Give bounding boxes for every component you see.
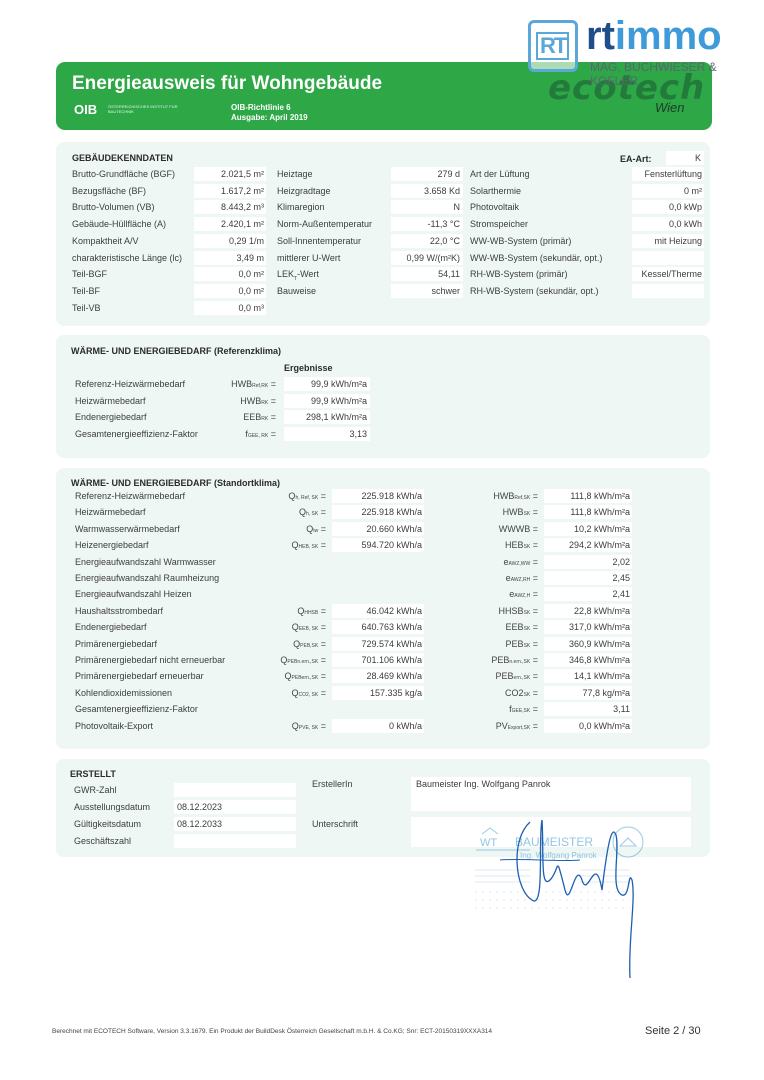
result-label: Energieaufwandszahl Raumheizung <box>75 573 219 583</box>
result-value: 99,9 kWh/m²a <box>284 396 367 406</box>
specific-symbol: PEBSK = <box>456 639 538 649</box>
section-standortklima: WÄRME- UND ENERGIEBEDARF (Standortklima)… <box>56 468 710 749</box>
ersteller-value: Baumeister Ing. Wolfgang Panrok <box>416 779 550 789</box>
footer-text: Berechnet mit ECOTECH Software, Version … <box>52 1028 492 1035</box>
property-value: 0,0 kWh <box>616 219 702 229</box>
ersteller-label: ErstellerIn <box>312 779 353 789</box>
specific-symbol: WWWB = <box>456 524 538 534</box>
q-symbol: QHHSB = <box>246 606 326 616</box>
result-label: Energieaufwandszahl Warmwasser <box>75 557 216 567</box>
document-title: Energieausweis für Wohngebäude <box>72 73 382 95</box>
property-label: Teil-BF <box>72 286 100 296</box>
brand-name-part2: immo <box>615 14 722 58</box>
q-symbol: QPVE, SK = <box>246 721 326 731</box>
property-value: 54,11 <box>376 269 460 279</box>
result-label: Haushaltsstrombedarf <box>75 606 163 616</box>
erstellt-label: Ausstellungsdatum <box>74 802 150 812</box>
specific-symbol: PEBern.,SK = <box>456 671 538 681</box>
brand-name-part1: rt <box>586 14 615 58</box>
erstellt-value: 08.12.2023 <box>177 802 222 812</box>
specific-symbol: PEBn.ern.,SK = <box>456 655 538 665</box>
section-title: WÄRME- UND ENERGIEBEDARF (Referenzklima) <box>71 346 281 356</box>
erstellt-value: 08.12.2033 <box>177 819 222 829</box>
q-symbol: QPEBn.ern.,SK = <box>246 655 326 665</box>
specific-value: 317,0 kWh/m²a <box>544 622 630 632</box>
result-value: 3,13 <box>284 429 367 439</box>
rtimmo-logo: RT rtimmo MAG. BUCHWIESER & KOFLER <box>528 20 758 120</box>
value-cell <box>174 834 296 848</box>
specific-value: 22,8 kWh/m²a <box>544 606 630 616</box>
property-value: 2.021,5 m² <box>194 169 264 179</box>
specific-value: 2,45 <box>544 573 630 583</box>
result-label: Kohlendioxidemissionen <box>75 688 172 698</box>
property-label: Art der Lüftung <box>470 169 530 179</box>
property-value: 0 m² <box>616 186 702 196</box>
property-label: Kompaktheit A/V <box>72 236 139 246</box>
section-title: GEBÄUDEKENNDATEN <box>72 153 173 163</box>
q-symbol: QPEB,SK = <box>246 639 326 649</box>
specific-value: 360,9 kWh/m²a <box>544 639 630 649</box>
q-symbol: Qtw = <box>246 524 326 534</box>
signature-stamp: WT BAUMEISTER Ing. Wolfgang Panrok <box>470 820 670 980</box>
q-value: 46.042 kWh/a <box>332 606 422 616</box>
result-label: Photovoltaik-Export <box>75 721 153 731</box>
erstellt-label: GWR-Zahl <box>74 785 117 795</box>
specific-value: 3,11 <box>544 704 630 714</box>
property-label: Bezugsfläche (BF) <box>72 186 146 196</box>
property-value: Kessel/Therme <box>616 269 702 279</box>
property-label: Solarthermie <box>470 186 521 196</box>
result-label: Referenz-Heizwärmebedarf <box>75 491 185 501</box>
property-value: 22,0 °C <box>376 236 460 246</box>
q-symbol: QEEB, SK = <box>246 622 326 632</box>
q-symbol: QCO2, SK = <box>246 688 326 698</box>
property-value: 0,0 m³ <box>194 303 264 313</box>
property-label: Teil-VB <box>72 303 101 313</box>
value-cell <box>174 783 296 797</box>
rt-logo-icon: RT <box>528 20 578 72</box>
logo-letters: RT <box>536 32 569 60</box>
specific-symbol: HWBRef,SK = <box>456 491 538 501</box>
result-symbol: EEBRK = <box>206 412 276 422</box>
oib-subtitle: ÖSTERREICHISCHES INSTITUT FÜR BAUTECHNIK <box>108 104 188 114</box>
specific-symbol: CO2SK = <box>456 688 538 698</box>
specific-value: 2,02 <box>544 557 630 567</box>
result-symbol: HWBRK = <box>206 396 276 406</box>
property-value: 3,49 m <box>194 253 264 263</box>
property-label: RH-WB-System (primär) <box>470 269 568 279</box>
result-label: Referenz-Heizwärmebedarf <box>75 379 185 389</box>
brand-subtitle: MAG. BUCHWIESER & KOFLER <box>590 60 758 88</box>
result-label: Gesamtenergieeffizienz-Faktor <box>75 704 198 714</box>
property-label: WW-WB-System (sekundär, opt.) <box>470 253 602 263</box>
q-value: 157.335 kg/a <box>332 688 422 698</box>
property-label: Bauweise <box>277 286 316 296</box>
richtlinie-info: OIB-Richtlinie 6 Ausgabe: April 2019 <box>231 103 308 123</box>
specific-value: 111,8 kWh/m²a <box>544 507 630 517</box>
result-label: Warmwasserwärmebedarf <box>75 524 180 534</box>
erstellt-label: Gültigkeitsdatum <box>74 819 141 829</box>
result-label: Heizwärmebedarf <box>75 396 146 406</box>
result-label: Endenergiebedarf <box>75 412 147 422</box>
property-value: Fensterlüftung <box>616 169 702 179</box>
result-label: Energieaufwandszahl Heizen <box>75 589 192 599</box>
brand-name: rtimmo <box>586 14 722 59</box>
property-label: Photovoltaik <box>470 202 519 212</box>
property-label: Brutto-Volumen (VB) <box>72 202 155 212</box>
oib-logo: OIB <box>74 102 97 117</box>
section-referenzklima: WÄRME- UND ENERGIEBEDARF (Referenzklima)… <box>56 335 710 458</box>
property-label: RH-WB-System (sekundär, opt.) <box>470 286 599 296</box>
value-cell <box>632 284 704 298</box>
svg-text:BAUMEISTER: BAUMEISTER <box>515 835 593 849</box>
result-label: Endenergiebedarf <box>75 622 147 632</box>
q-symbol: Qh, SK = <box>246 507 326 517</box>
specific-symbol: eAWZ,H = <box>456 589 538 599</box>
results-header: Ergebnisse <box>284 363 333 373</box>
q-symbol: QHEB, SK = <box>246 540 326 550</box>
q-value: 640.763 kWh/a <box>332 622 422 632</box>
result-label: Gesamtenergieeffizienz-Faktor <box>75 429 198 439</box>
property-label: Stromspeicher <box>470 219 528 229</box>
property-value: 8.443,2 m³ <box>194 202 264 212</box>
specific-symbol: HWBSK = <box>456 507 538 517</box>
property-value: 0,29 1/m <box>194 236 264 246</box>
q-value: 225.918 kWh/a <box>332 507 422 517</box>
specific-symbol: EEBSK = <box>456 622 538 632</box>
q-value: 701.106 kWh/a <box>332 655 422 665</box>
specific-symbol: fGEE,SK = <box>456 704 538 714</box>
property-label: Brutto-Grundfläche (BGF) <box>72 169 175 179</box>
result-label: Heizenergiebedarf <box>75 540 149 550</box>
specific-value: 346,8 kWh/m²a <box>544 655 630 665</box>
property-label: Heizgradtage <box>277 186 331 196</box>
specific-symbol: PVExport,SK = <box>456 721 538 731</box>
property-label: charakteristische Länge (lc) <box>72 253 182 263</box>
ausgabe: Ausgabe: April 2019 <box>231 113 308 123</box>
section-gebaeudekenndaten: GEBÄUDEKENNDATEN EA-Art: K Brutto-Grundf… <box>56 142 710 326</box>
property-label: LEKT-Wert <box>277 269 319 282</box>
property-value: 0,0 kWp <box>616 202 702 212</box>
erstellt-label: Geschäftszahl <box>74 836 131 846</box>
property-label: Klimaregion <box>277 202 325 212</box>
specific-value: 10,2 kWh/m²a <box>544 524 630 534</box>
result-label: Primärenergiebedarf nicht erneuerbar <box>75 655 225 665</box>
q-value: 20.660 kWh/a <box>332 524 422 534</box>
property-value: mit Heizung <box>616 236 702 246</box>
result-label: Primärenergiebedarf erneuerbar <box>75 671 204 681</box>
q-value: 729.574 kWh/a <box>332 639 422 649</box>
property-value: N <box>376 202 460 212</box>
specific-symbol: eAWZ,WW = <box>456 557 538 567</box>
result-label: Heizwärmebedarf <box>75 507 146 517</box>
richtlinie: OIB-Richtlinie 6 <box>231 103 308 113</box>
property-value: schwer <box>376 286 460 296</box>
q-value: 0 kWh/a <box>332 721 422 731</box>
specific-value: 0,0 kWh/m²a <box>544 721 630 731</box>
property-value: -11,3 °C <box>376 219 460 229</box>
q-symbol: QPEBern.,SK = <box>246 671 326 681</box>
svg-text:WT: WT <box>480 837 497 849</box>
ea-art-label: EA-Art: <box>620 154 652 164</box>
property-value: 0,0 m² <box>194 286 264 296</box>
property-value: 279 d <box>376 169 460 179</box>
property-value: 0,99 W/(m²K) <box>376 253 460 263</box>
result-symbol: fGEE, RK = <box>206 429 276 439</box>
specific-symbol: HHSBSK = <box>456 606 538 616</box>
page-number: Seite 2 / 30 <box>645 1025 701 1037</box>
q-symbol: Qh, Ref, SK = <box>246 491 326 501</box>
result-value: 298,1 kWh/m²a <box>284 412 367 422</box>
value-cell <box>632 251 704 265</box>
property-label: Teil-BGF <box>72 269 107 279</box>
property-label: Soll-Innentemperatur <box>277 236 361 246</box>
property-label: WW-WB-System (primär) <box>470 236 571 246</box>
specific-symbol: eAWZ,RH = <box>456 573 538 583</box>
specific-value: 111,8 kWh/m²a <box>544 491 630 501</box>
result-value: 99,9 kWh/m²a <box>284 379 367 389</box>
specific-value: 294,2 kWh/m²a <box>544 540 630 550</box>
section-title: ERSTELLT <box>70 769 116 779</box>
q-value: 594.720 kWh/a <box>332 540 422 550</box>
specific-value: 77,8 kg/m²a <box>544 688 630 698</box>
signature-icon: WT BAUMEISTER Ing. Wolfgang Panrok <box>470 820 670 980</box>
section-title: WÄRME- UND ENERGIEBEDARF (Standortklima) <box>71 478 280 488</box>
result-symbol: HWBRef,RK = <box>206 379 276 389</box>
specific-value: 14,1 kWh/m²a <box>544 671 630 681</box>
property-value: 3.658 Kd <box>376 186 460 196</box>
q-value: 28.469 kWh/a <box>332 671 422 681</box>
specific-value: 2,41 <box>544 589 630 599</box>
result-label: Primärenergiebedarf <box>75 639 157 649</box>
property-value: 1.617,2 m² <box>194 186 264 196</box>
property-value: 2.420,1 m² <box>194 219 264 229</box>
property-label: Gebäude-Hüllfläche (A) <box>72 219 166 229</box>
ea-art-value: K <box>666 153 701 163</box>
q-value: 225.918 kWh/a <box>332 491 422 501</box>
property-label: Heiztage <box>277 169 313 179</box>
property-value: 0,0 m² <box>194 269 264 279</box>
specific-symbol: HEBSK = <box>456 540 538 550</box>
svg-text:Ing. Wolfgang Panrok: Ing. Wolfgang Panrok <box>520 851 598 860</box>
property-label: Norm-Außentemperatur <box>277 219 372 229</box>
unterschrift-label: Unterschrift <box>312 819 358 829</box>
property-label: mittlerer U-Wert <box>277 253 340 263</box>
